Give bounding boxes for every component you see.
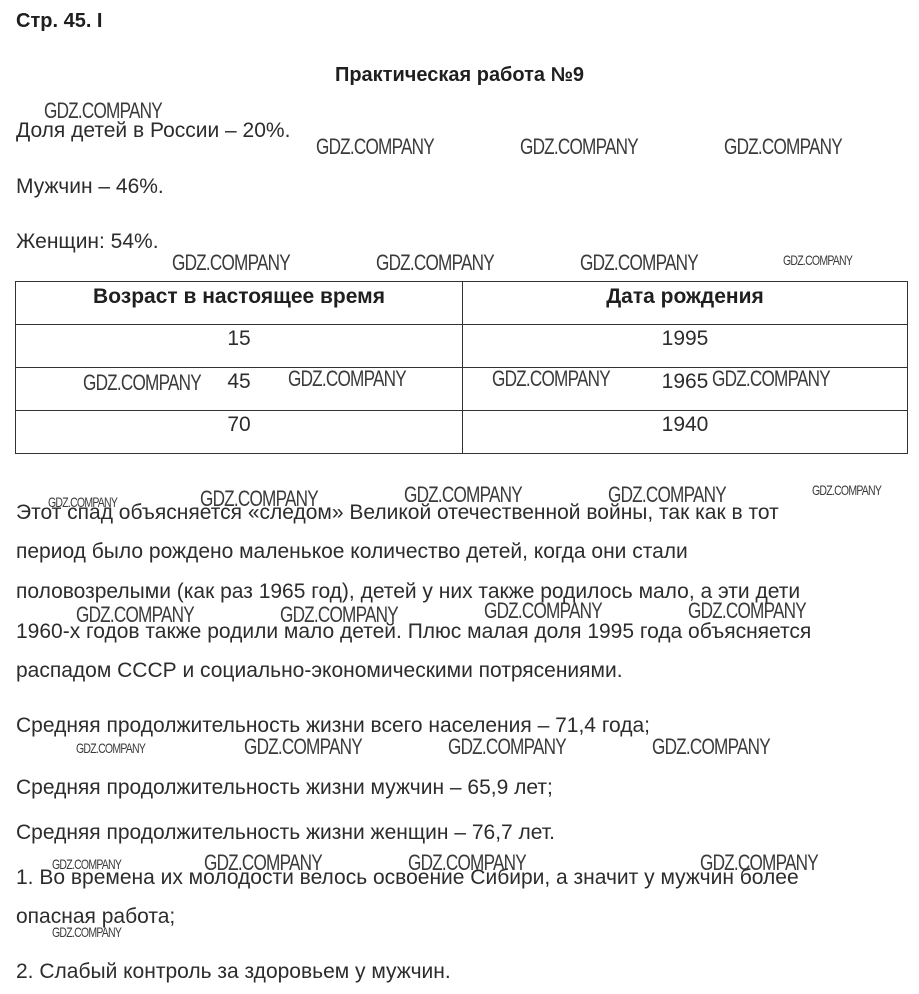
watermark: GDZ.COMPANY [812, 482, 881, 498]
watermark: GDZ.COMPANY [172, 250, 290, 276]
watermark: GDZ.COMPANY [724, 134, 842, 160]
table-row: 70 1940 [16, 411, 908, 454]
table-row: 45 1965 [16, 368, 908, 411]
watermark: GDZ.COMPANY [316, 134, 434, 160]
header-birth-date: Дата рождения [463, 282, 908, 325]
explanation-line: 1960-х годов также родили мало детей. Пл… [16, 620, 811, 644]
cell-age: 45 [16, 368, 463, 411]
reason-item: опасная работа; [16, 905, 175, 929]
life-expectancy-total: Средняя продолжительность жизни всего на… [16, 714, 650, 738]
table-header-row: Возраст в настоящее время Дата рождения [16, 282, 908, 325]
page-reference: Стр. 45. I [16, 10, 102, 33]
men-share-text: Мужчин – 46%. [16, 175, 164, 199]
explanation-line: половозрелыми (как раз 1965 год), детей … [16, 580, 800, 604]
watermark: GDZ.COMPANY [652, 734, 770, 760]
watermark: GDZ.COMPANY [76, 740, 145, 756]
cell-birth-year: 1940 [463, 411, 908, 454]
watermark: GDZ.COMPANY [520, 134, 638, 160]
explanation-line: Этот спад объясняется «следом» Великой о… [16, 501, 779, 525]
reason-item: 2. Слабый контроль за здоровьем у мужчин… [16, 960, 451, 984]
life-expectancy-women: Средняя продолжительность жизни женщин –… [16, 821, 555, 845]
page-title: Практическая работа №9 [0, 64, 919, 87]
women-share-text: Женщин: 54%. [16, 230, 159, 254]
watermark: GDZ.COMPANY [783, 252, 852, 268]
cell-age: 15 [16, 325, 463, 368]
cell-birth-year: 1995 [463, 325, 908, 368]
cell-age: 70 [16, 411, 463, 454]
table-row: 15 1995 [16, 325, 908, 368]
cell-birth-year: 1965 [463, 368, 908, 411]
header-current-age: Возраст в настоящее время [16, 282, 463, 325]
reason-item: 1. Во времена их молодости велось освоен… [16, 866, 799, 890]
watermark: GDZ.COMPANY [376, 250, 494, 276]
watermark: GDZ.COMPANY [580, 250, 698, 276]
explanation-line: период было рождено маленькое количество… [16, 540, 688, 564]
explanation-line: распадом СССР и социально-экономическими… [16, 659, 623, 683]
children-share-text: Доля детей в России – 20%. [16, 119, 290, 143]
life-expectancy-men: Средняя продолжительность жизни мужчин –… [16, 776, 553, 800]
age-birthdate-table: Возраст в настоящее время Дата рождения … [15, 281, 908, 454]
